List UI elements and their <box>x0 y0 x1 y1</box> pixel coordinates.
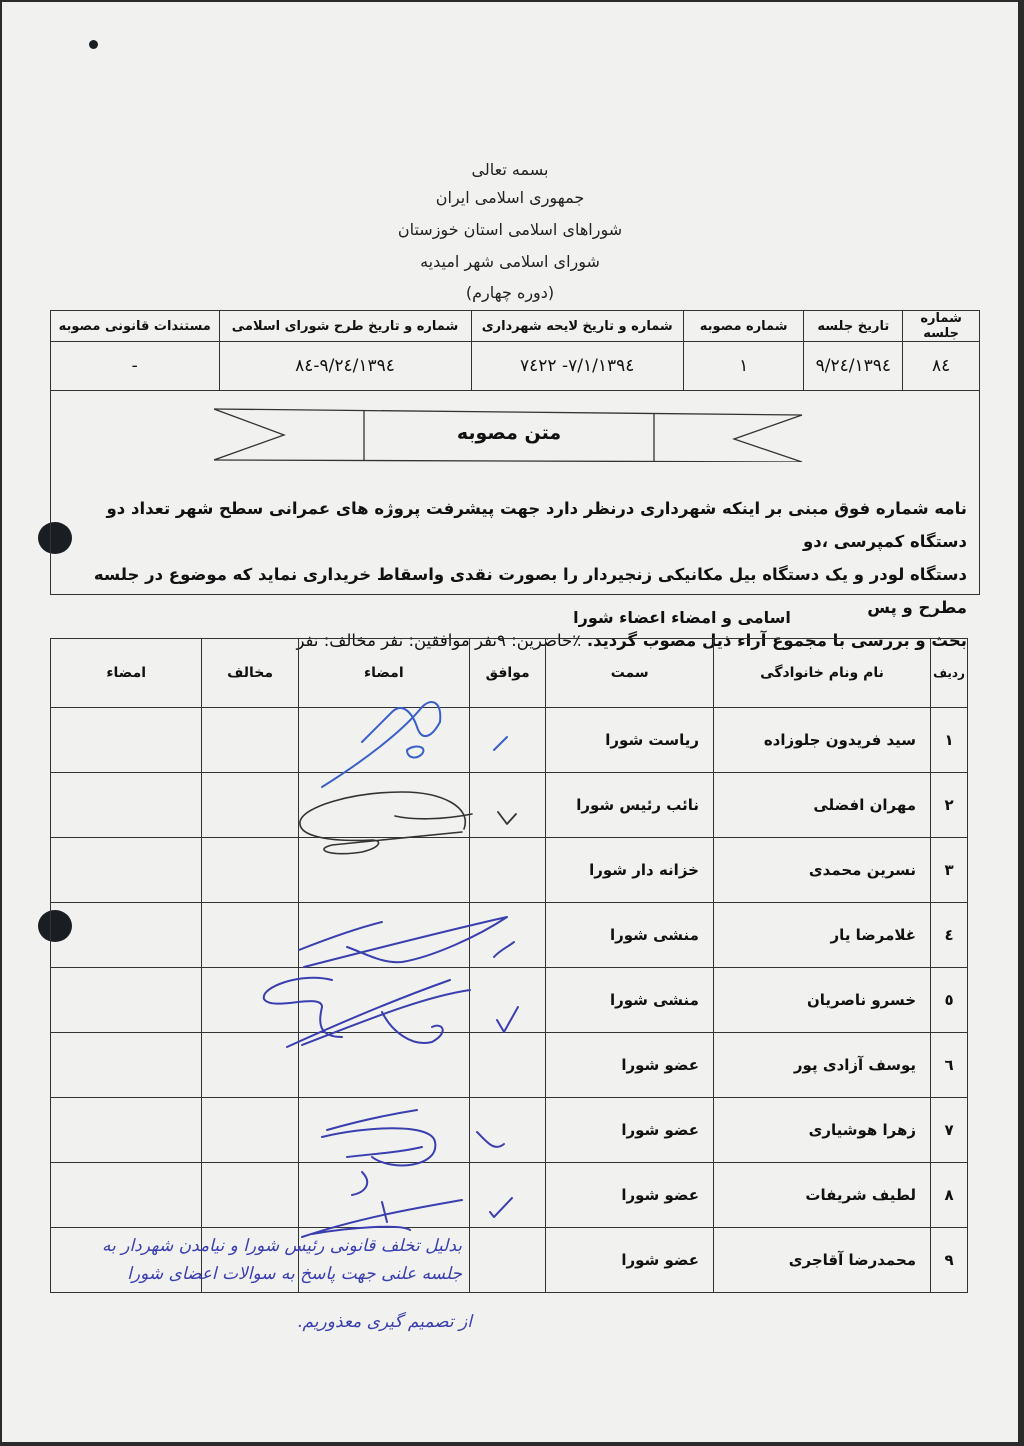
member-name: مهران افضلی <box>713 773 930 838</box>
disagree-cell <box>202 968 298 1033</box>
row-number: ۹ <box>931 1228 968 1293</box>
resolution-body: نامه شماره فوق مبنی بر اینکه شهرداری درن… <box>47 492 967 657</box>
header-province-councils: شوراهای اسلامی استان خوزستان <box>2 220 1018 239</box>
disagree-signature-cell <box>51 1098 202 1163</box>
agree-check <box>469 1228 546 1293</box>
member-row: ۳ نسرین محمدی خزانه دار شورا <box>51 838 968 903</box>
header-disagree-signature: امضاء <box>51 639 202 708</box>
member-row: ۷ زهرا هوشیاری عضو شورا <box>51 1098 968 1163</box>
agree-signature-cell <box>298 903 469 968</box>
row-number: ٤ <box>931 903 968 968</box>
header-term: (دوره چهارم) <box>2 283 1018 302</box>
header-municipality-bill: شماره و تاریخ لایحه شهرداری <box>471 311 683 342</box>
agree-check <box>469 903 546 968</box>
resolution-line-1: نامه شماره فوق مبنی بر اینکه شهرداری درن… <box>47 492 967 558</box>
member-name: خسرو ناصریان <box>713 968 930 1033</box>
agree-check <box>469 1098 546 1163</box>
member-position: عضو شورا <box>546 1033 714 1098</box>
members-section-title: اسامی و امضاء اعضاء شورا <box>382 608 982 627</box>
meta-header-row: شماره جلسه تاریخ جلسه شماره مصوبه شماره … <box>51 311 980 342</box>
member-name: غلامرضا یار <box>713 903 930 968</box>
disagree-cell <box>202 1033 298 1098</box>
header-agree-signature: امضاء <box>298 639 469 708</box>
agree-signature-cell <box>298 968 469 1033</box>
resolution-meta-table: شماره جلسه تاریخ جلسه شماره مصوبه شماره … <box>50 310 980 391</box>
member-row: ۱ سید فریدون جلوزاده ریاست شورا <box>51 708 968 773</box>
header-city-council: شورای اسلامی شهر امیدیه <box>2 252 1018 271</box>
member-name: محمدرضا آقاجری <box>713 1228 930 1293</box>
meta-value-row: ۸٤ ۱۳۹٤/۹/۲٤ ۱ ۱۳۹٤/۷/۱- ۷٤۲۲ ۱۳۹٤/۹/۲٤-… <box>51 342 980 391</box>
agree-signature-cell <box>298 1098 469 1163</box>
row-number: ۲ <box>931 773 968 838</box>
handwritten-note-line-2: جلسه علنی جهت پاسخ به سوالات اعضای شورا <box>62 1264 462 1284</box>
member-name: نسرین محمدی <box>713 838 930 903</box>
header-row-number: ردیف <box>931 639 968 708</box>
member-row: ۸ لطیف شریفات عضو شورا <box>51 1163 968 1228</box>
disagree-cell <box>202 1098 298 1163</box>
agree-check <box>469 773 546 838</box>
session-number: ۸٤ <box>903 342 980 391</box>
resolution-number: ۱ <box>683 342 804 391</box>
row-number: ٦ <box>931 1033 968 1098</box>
member-row: ٥ خسرو ناصریان منشی شورا <box>51 968 968 1033</box>
disagree-cell <box>202 903 298 968</box>
disagree-cell <box>202 838 298 903</box>
disagree-signature-cell <box>51 968 202 1033</box>
row-number: ۱ <box>931 708 968 773</box>
disagree-cell <box>202 708 298 773</box>
session-date: ۱۳۹٤/۹/۲٤ <box>804 342 903 391</box>
member-row: ٤ غلامرضا یار منشی شورا <box>51 903 968 968</box>
member-row: ٦ یوسف آزادی پور عضو شورا <box>51 1033 968 1098</box>
member-position: عضو شورا <box>546 1228 714 1293</box>
row-number: ۷ <box>931 1098 968 1163</box>
member-name: لطیف شریفات <box>713 1163 930 1228</box>
member-position: منشی شورا <box>546 968 714 1033</box>
member-position: نائب رئیس شورا <box>546 773 714 838</box>
header-full-name: نام ونام خانوادگی <box>713 639 930 708</box>
legal-documents: - <box>51 342 220 391</box>
header-session-number: شماره جلسه <box>903 311 980 342</box>
punch-hole-mark <box>89 40 98 49</box>
disagree-signature-cell <box>51 838 202 903</box>
member-name: یوسف آزادی پور <box>713 1033 930 1098</box>
municipality-bill: ۱۳۹٤/۷/۱- ۷٤۲۲ <box>471 342 683 391</box>
scanned-document-page: بسمه تعالی جمهوری اسلامی ایران شوراهای ا… <box>2 2 1018 1442</box>
disagree-cell <box>202 1163 298 1228</box>
resolution-title: متن مصوبه <box>364 422 654 444</box>
member-position: خزانه دار شورا <box>546 838 714 903</box>
agree-check <box>469 968 546 1033</box>
disagree-signature-cell <box>51 708 202 773</box>
header-basmala: بسمه تعالی <box>2 160 1018 179</box>
member-position: ریاست شورا <box>546 708 714 773</box>
agree-signature-cell <box>298 773 469 838</box>
header-disagree: مخالف <box>202 639 298 708</box>
member-name: سید فریدون جلوزاده <box>713 708 930 773</box>
members-header-row: ردیف نام ونام خانوادگی سمت موافق امضاء م… <box>51 639 968 708</box>
disagree-signature-cell <box>51 1163 202 1228</box>
agree-check <box>469 838 546 903</box>
member-position: منشی شورا <box>546 903 714 968</box>
agree-check <box>469 1033 546 1098</box>
row-number: ٥ <box>931 968 968 1033</box>
member-position: عضو شورا <box>546 1163 714 1228</box>
header-position: سمت <box>546 639 714 708</box>
disagree-signature-cell <box>51 1033 202 1098</box>
row-number: ۳ <box>931 838 968 903</box>
header-session-date: تاریخ جلسه <box>804 311 903 342</box>
header-legal-documents: مستندات قانونی مصوبه <box>51 311 220 342</box>
agree-signature-cell <box>298 1033 469 1098</box>
member-row: ۲ مهران افضلی نائب رئیس شورا <box>51 773 968 838</box>
member-position: عضو شورا <box>546 1098 714 1163</box>
council-plan: ۱۳۹٤/۹/۲٤-۸٤ <box>219 342 471 391</box>
disagree-cell <box>202 773 298 838</box>
disagree-signature-cell <box>51 773 202 838</box>
header-resolution-number: شماره مصوبه <box>683 311 804 342</box>
disagree-signature-cell <box>51 903 202 968</box>
handwritten-note-line-3: از تصمیم گیری معذوریم. <box>232 1312 472 1332</box>
member-name: زهرا هوشیاری <box>713 1098 930 1163</box>
header-agree: موافق <box>469 639 546 708</box>
agree-signature-cell <box>298 838 469 903</box>
header-republic: جمهوری اسلامی ایران <box>2 188 1018 207</box>
agree-signature-cell <box>298 708 469 773</box>
agree-check <box>469 708 546 773</box>
agree-check <box>469 1163 546 1228</box>
header-council-plan: شماره و تاریخ طرح شورای اسلامی <box>219 311 471 342</box>
council-members-table: ردیف نام ونام خانوادگی سمت موافق امضاء م… <box>50 638 968 1293</box>
row-number: ۸ <box>931 1163 968 1228</box>
agree-signature-cell <box>298 1163 469 1228</box>
handwritten-note-line-1: بدلیل تخلف قانونی رئیس شورا و نیامدن شهر… <box>62 1236 462 1256</box>
